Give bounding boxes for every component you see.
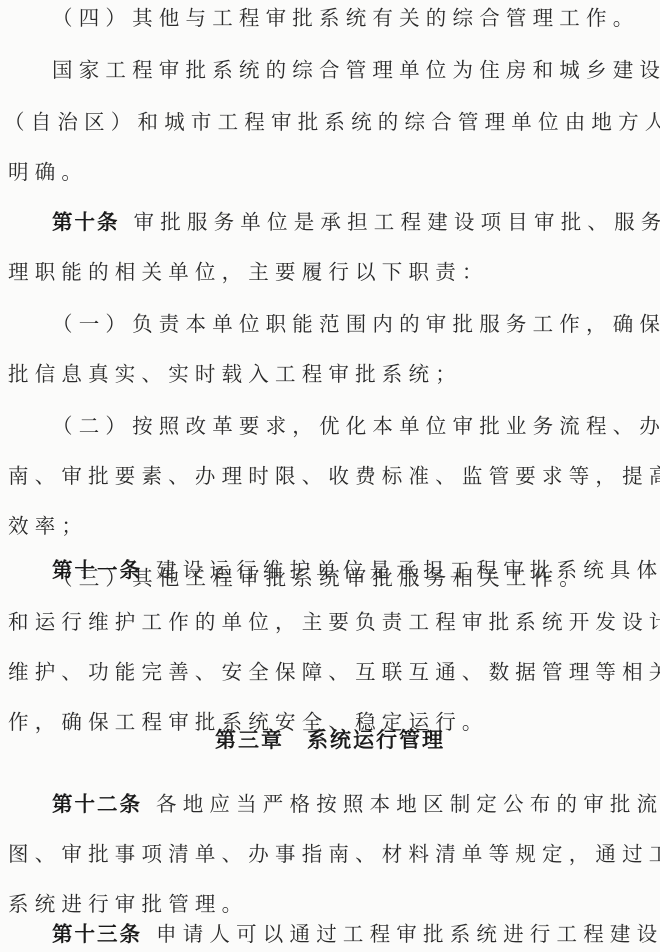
paragraph-line: 图、审批事项清单、办事指南、材料清单等规定，通过工程审批 [8, 842, 660, 866]
paragraph-line: （四）其他与工程审批系统有关的综合管理工作。 [52, 6, 639, 30]
article-text: 建设运行维护单位是承担工程审批系统具体建设 [156, 558, 660, 582]
article-text: 各地应当严格按照本地区制定公布的审批流程 [156, 792, 660, 816]
paragraph-line: 维护、功能完善、安全保障、互联互通、数据管理等相关技术工 [8, 660, 660, 684]
chapter-heading: 第三章 系统运行管理 [0, 724, 660, 754]
paragraph-line: 理职能的相关单位，主要履行以下职责： [8, 260, 489, 284]
article-label: 第十二条 [52, 792, 142, 816]
article-13: 第十三条申请人可以通过工程审批系统进行工程建设项目 [52, 922, 660, 946]
article-11: 第十一条建设运行维护单位是承担工程审批系统具体建设 [52, 558, 660, 582]
article-text: 申请人可以通过工程审批系统进行工程建设项目 [156, 922, 660, 946]
article-10: 第十条审批服务单位是承担工程建设项目审批、服务、管 [52, 210, 660, 234]
paragraph-line: （一）负责本单位职能范围内的审批服务工作，确保相关审 [52, 312, 660, 336]
document-page: （四）其他与工程审批系统有关的综合管理工作。 国家工程审批系统的综合管理单位为住… [0, 0, 660, 952]
article-label: 第十三条 [52, 922, 142, 946]
article-label: 第十条 [52, 210, 120, 234]
paragraph-line: （二）按照改革要求，优化本单位审批业务流程、办事指 [52, 414, 660, 438]
paragraph-line: （自治区）和城市工程审批系统的综合管理单位由地方人民政府 [4, 110, 660, 134]
paragraph-line: 批信息真实、实时载入工程审批系统； [8, 362, 462, 386]
article-text: 审批服务单位是承担工程建设项目审批、服务、管 [134, 210, 660, 234]
paragraph-line: 南、审批要素、办理时限、收费标准、监管要求等，提高审批 [8, 464, 660, 488]
paragraph-line: 明确。 [8, 160, 88, 184]
paragraph-line: 效率； [8, 514, 88, 538]
paragraph-line: 系统进行审批管理。 [8, 892, 248, 916]
article-label: 第十一条 [52, 558, 142, 582]
paragraph-line: 国家工程审批系统的综合管理单位为住房和城乡建设部，省 [52, 58, 660, 82]
article-12: 第十二条各地应当严格按照本地区制定公布的审批流程 [52, 792, 660, 816]
paragraph-line: 和运行维护工作的单位，主要负责工程审批系统开发设计、运行 [8, 610, 660, 634]
